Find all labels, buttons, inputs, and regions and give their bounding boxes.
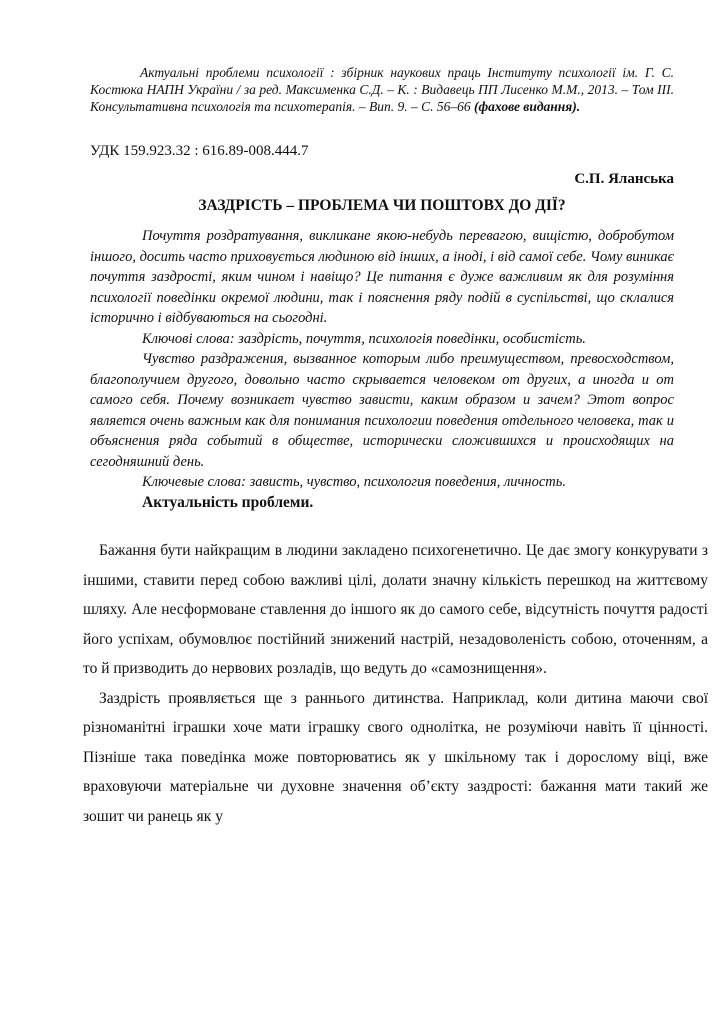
front-matter: Актуальні проблеми психології : збірник … bbox=[90, 0, 674, 513]
document-page: Актуальні проблеми психології : збірник … bbox=[0, 0, 724, 1024]
abstract-uk-keywords: Ключові слова: заздрість, почуття, психо… bbox=[90, 329, 674, 350]
abstract-ru-keywords: Ключевые слова: зависть, чувство, психол… bbox=[90, 472, 674, 493]
abstract-ru-text: Чувство раздражения, вызванное которым л… bbox=[90, 349, 674, 472]
article-body: Бажання бути найкращим в людини закладен… bbox=[83, 536, 708, 831]
section-heading: Актуальність проблеми. bbox=[90, 493, 674, 514]
author-name: С.П. Яланська bbox=[90, 170, 674, 189]
source-citation: Актуальні проблеми психології : збірник … bbox=[90, 0, 674, 115]
abstract-block: Почуття роздратування, викликане якою-не… bbox=[90, 226, 674, 493]
udc-line: УДК 159.923.32 : 616.89-008.444.7 bbox=[90, 142, 674, 161]
abstract-uk-text: Почуття роздратування, викликане якою-не… bbox=[90, 226, 674, 329]
body-paragraph-2: Заздрість проявляється ще з раннього дит… bbox=[83, 684, 708, 832]
citation-text: Актуальні проблеми психології : збірник … bbox=[90, 65, 674, 114]
citation-emphasis: (фахове видання). bbox=[474, 99, 580, 114]
article-title: ЗАЗДРІСТЬ – ПРОБЛЕМА ЧИ ПОШТОВХ ДО ДІЇ? bbox=[90, 196, 674, 216]
body-paragraph-1: Бажання бути найкращим в людини закладен… bbox=[83, 536, 708, 684]
